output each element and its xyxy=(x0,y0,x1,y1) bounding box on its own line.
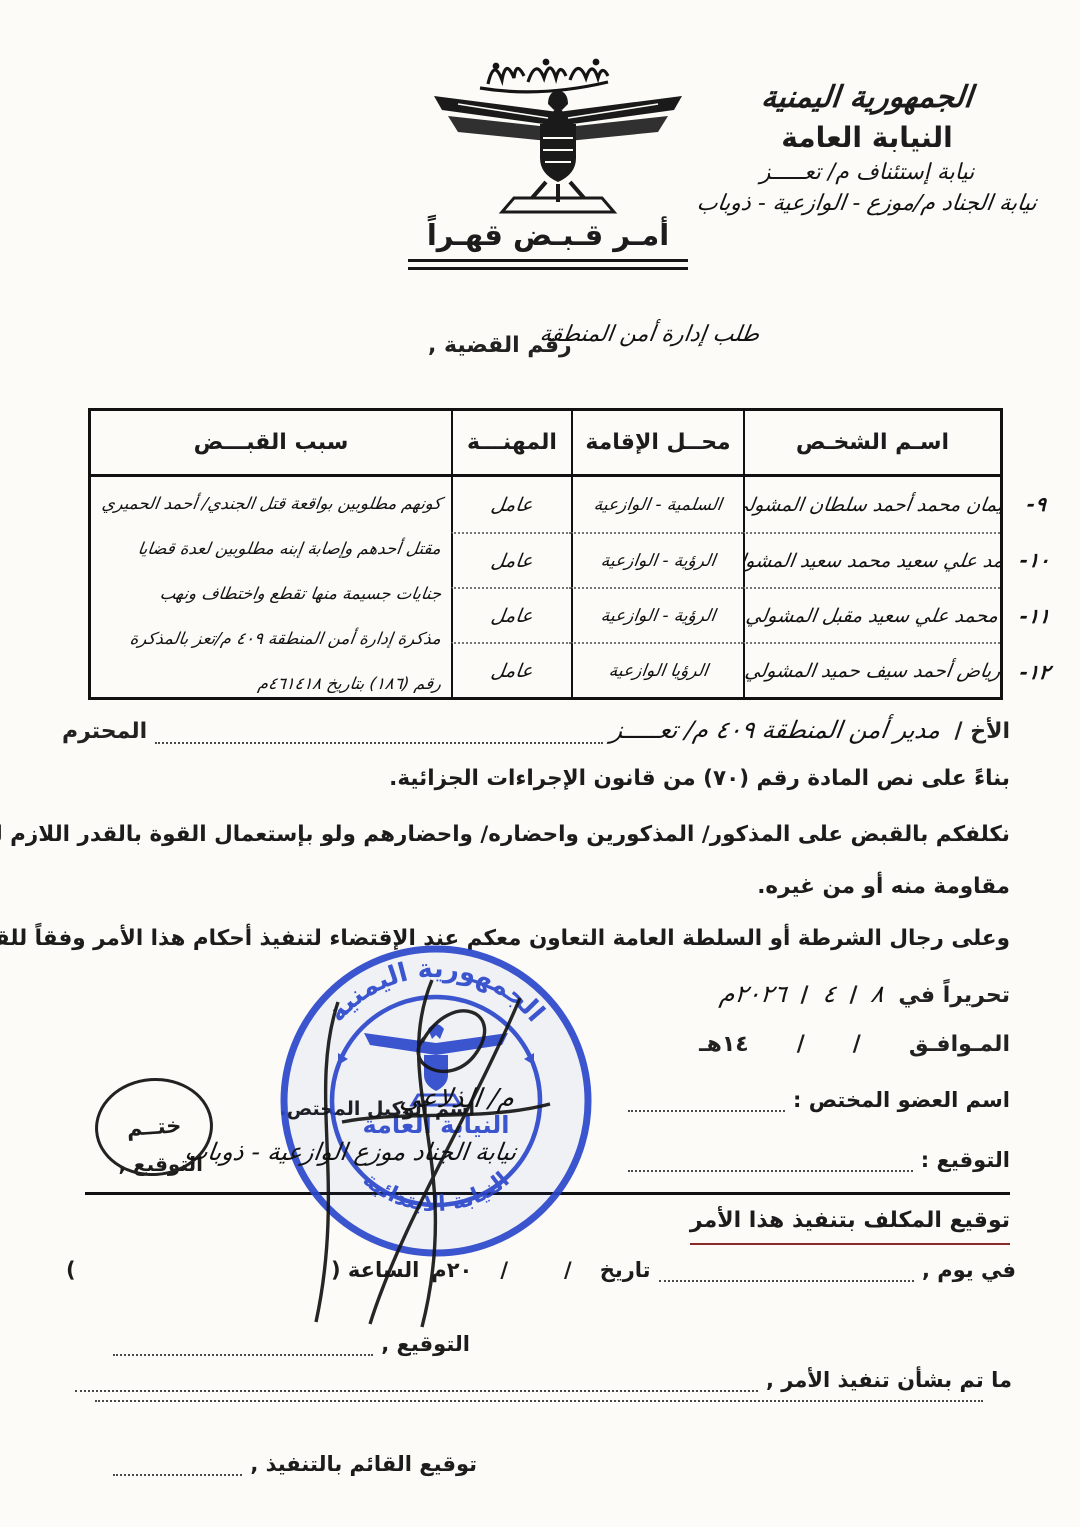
written-date-label: تحريراً في xyxy=(898,983,1010,1008)
stamp-center-text: النيابة العامة xyxy=(363,1111,510,1139)
hijri-year-prefix: ١٤هـ xyxy=(699,1032,749,1057)
table-row-name: محمد علي سعيد مقبل المشولي xyxy=(743,587,1000,642)
suspect-name: محمد علي سعيد مقبل المشولي xyxy=(745,605,1000,627)
suspect-residence: السلمية - الوازعية xyxy=(593,495,724,515)
exec-date-label: تاريخ xyxy=(600,1258,651,1282)
table-row-residence: الرؤية - الوازعية xyxy=(571,587,743,642)
deputy-name-handwritten: م/ الذلاعي xyxy=(398,1084,516,1114)
written-month: ٤ xyxy=(821,980,838,1008)
dotted-line xyxy=(113,1339,373,1356)
col-header-reason: سبب القبـــض xyxy=(91,411,451,477)
addressee-label: الأخ / xyxy=(955,719,1010,744)
suspect-residence: الرؤية - الوازعية xyxy=(599,606,716,626)
date-slash: / xyxy=(849,983,857,1008)
honorific: المحترم xyxy=(62,719,147,744)
suspects-table: اسـم الشخـص محــل الإقامة المهنـــة سبب … xyxy=(88,408,1003,700)
arrest-reason-cell: كونهم مطلوبين بواقعة قتل الجندي/ أحمد ال… xyxy=(91,477,451,697)
dotted-line xyxy=(628,1155,913,1172)
table-row-residence: الرؤية - الوازعية xyxy=(571,532,743,587)
suspect-name: رياض أحمد سيف حميد المشولي xyxy=(743,660,1000,682)
col-header-profession: المهنـــة xyxy=(451,411,571,477)
col-header-residence: محــل الإقامة xyxy=(571,411,743,477)
case-number-value: طلب إدارة أمن المنطقة xyxy=(538,322,761,347)
suspect-residence: الرؤيا الوازعية xyxy=(607,661,709,681)
district-prosecution-line: نيابة الجناد م/موزع - الوازعية - ذوباب xyxy=(695,191,1038,216)
deputy-sign-handwritten: نيابة الجناد موزع الوازعية - ذوباب xyxy=(183,1138,518,1166)
table-row-profession: عامل xyxy=(451,532,571,587)
arrest-reason-line: مذكرة إدارة أمن المنطقة ٤٠٩ م/تعز بالمذك… xyxy=(127,616,444,661)
executor-sign-line: توقيع القائم بالتنفيذ , xyxy=(105,1452,477,1476)
public-prosecution-title: النيابة العامة xyxy=(682,121,1052,154)
order-text-line1: نكلفكم بالقبض على المذكور/ المذكورين واح… xyxy=(0,822,1010,847)
suspect-profession: عامل xyxy=(490,605,535,627)
suspect-profession: عامل xyxy=(490,494,535,516)
member-sign-label: التوقيع : xyxy=(921,1148,1010,1172)
document-title: أمـر قـبـض قهـراً xyxy=(408,218,688,252)
row-number: ١٠- xyxy=(1019,548,1052,572)
table-row-profession: عامل xyxy=(451,587,571,642)
row-number: ١١- xyxy=(1019,604,1052,628)
table-row-name: هيمان محمد أحمد سلطان المشولي xyxy=(743,477,1000,532)
republic-title: الجمهورية اليمنية xyxy=(680,80,1054,115)
hijri-date-label: المـوافـق xyxy=(909,1032,1010,1057)
written-day: ٨ xyxy=(870,980,887,1008)
col-header-name: اسـم الشخـص xyxy=(743,411,1000,477)
execution-heading: توقيع المكلف بتنفيذ هذا الأمر xyxy=(690,1208,1010,1245)
table-row-residence: الرؤيا الوازعية xyxy=(571,642,743,697)
yemen-eagle-icon xyxy=(418,46,698,218)
letterhead: الجمهورية اليمنية النيابة العامة نيابة إ… xyxy=(682,80,1052,216)
document-title-block: أمـر قـبـض قهـراً xyxy=(408,218,688,270)
legal-basis: بناءً على نص المادة رقم (٧٠) من قانون ال… xyxy=(389,766,1010,791)
arrest-reason-line: رقم (١٨٦) بتاريخ ٤٦١٤١٨م xyxy=(255,661,445,697)
table-row-profession: عامل xyxy=(451,477,571,532)
suspect-residence: الرؤية - الوازعية xyxy=(599,551,716,571)
suspect-profession: عامل xyxy=(490,660,535,682)
dotted-line xyxy=(628,1095,785,1112)
member-name-line: اسم العضو المختص : xyxy=(620,1088,1010,1112)
dotted-line xyxy=(113,1459,242,1476)
table-row-name: أحمد علي سعيد محمد سعيد المشولي xyxy=(743,532,1000,587)
order-text-line2: مقاومة منه أو من غيره. xyxy=(757,874,1010,899)
suspect-profession: عامل xyxy=(490,550,535,572)
table-row-name: رياض أحمد سيف حميد المشولي xyxy=(743,642,1000,697)
executor-sign-label: توقيع القائم بالتنفيذ , xyxy=(250,1452,477,1476)
row-number: ١٢- xyxy=(1019,660,1052,684)
arrest-reason-line: مقتل أحدهم وإصابة إبنه مطلوبين لعدة قضاي… xyxy=(135,526,444,571)
dotted-line xyxy=(659,1265,914,1282)
appeal-prosecution-line: نيابة إستئناف م/ تعـــــز xyxy=(682,160,1052,185)
arrest-reason-line: جنايات جسيمة منها تقطع واختطاف ونهب xyxy=(156,571,444,616)
date-slash: / xyxy=(797,1032,805,1057)
arrest-reason-line: كونهم مطلوبين بواقعة قتل الجندي/ أحمد ال… xyxy=(98,481,444,526)
member-sign-line: التوقيع : xyxy=(620,1148,1010,1172)
execution-sign-line: التوقيع , xyxy=(105,1332,470,1356)
dotted-line xyxy=(95,1385,983,1402)
yemen-emblem xyxy=(418,46,698,218)
arrest-warrant-document: الجمهورية اليمنية النيابة العامة نيابة إ… xyxy=(0,0,1080,1527)
suspect-name: أحمد علي سعيد محمد سعيد المشولي xyxy=(743,550,1000,572)
dotted-line xyxy=(155,727,603,744)
table-row-residence: السلمية - الوازعية xyxy=(571,477,743,532)
member-name-label: اسم العضو المختص : xyxy=(793,1088,1010,1112)
suspect-name: هيمان محمد أحمد سلطان المشولي xyxy=(743,494,1000,516)
date-slash: / xyxy=(853,1032,861,1057)
title-underline-2 xyxy=(408,267,688,270)
date-slash: / xyxy=(801,983,809,1008)
addressee-value: مدير أمن المنطقة ٤٠٩ م/ تعـــــز xyxy=(609,716,942,744)
seal-label: ختــم xyxy=(126,1113,182,1141)
addressee-line: الأخ / مدير أمن المنطقة ٤٠٩ م/ تعـــــز … xyxy=(62,716,1010,744)
hijri-date-line: المـوافـق / / ١٤هـ xyxy=(699,1032,1010,1057)
written-date-line: تحريراً في ٨ / ٤ / ٢٠٢٦م xyxy=(720,980,1010,1008)
hour-close-paren: ) xyxy=(66,1258,76,1282)
day-label: في يوم , xyxy=(922,1258,1016,1282)
title-underline-1 xyxy=(408,259,688,262)
written-year: ٢٠٢٦م xyxy=(718,980,788,1008)
row-number: ٩- xyxy=(1025,492,1047,516)
exec-sign-label: التوقيع , xyxy=(381,1332,470,1356)
table-row-profession: عامل xyxy=(451,642,571,697)
